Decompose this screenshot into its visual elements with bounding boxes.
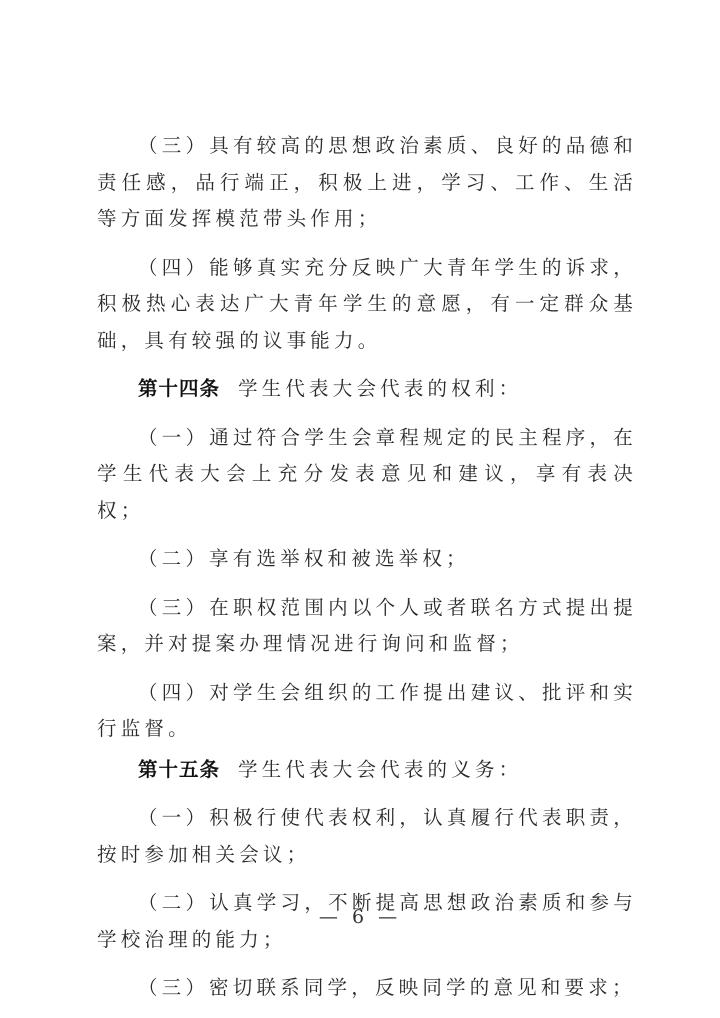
article-title: 学生代表大会代表的义务： bbox=[238, 758, 522, 781]
article-title: 学生代表大会代表的权利： bbox=[238, 377, 522, 400]
article-number: 第十五条 bbox=[138, 758, 220, 781]
article-number: 第十四条 bbox=[138, 377, 220, 400]
article-14-heading: 第十四条学生代表大会代表的权利： bbox=[97, 371, 637, 408]
article-15-item-3: （三）密切联系同学，反映同学的意见和要求； bbox=[97, 970, 637, 1007]
page-number: — 6 — bbox=[0, 906, 720, 928]
article-14-item-3: （三）在职权范围内以个人或者联名方式提出提案，并对提案办理情况进行询问和监督； bbox=[97, 590, 637, 663]
clause-3-qualification: （三）具有较高的思想政治素质、良好的品德和责任感，品行端正，积极上进，学习、工作… bbox=[97, 128, 637, 238]
clause-4-qualification: （四）能够真实充分反映广大青年学生的诉求，积极热心表达广大青年学生的意愿，有一定… bbox=[97, 250, 637, 360]
article-15-item-1: （一）积极行使代表权利，认真履行代表职责，按时参加相关会议； bbox=[97, 800, 637, 873]
article-14-item-2: （二）享有选举权和被选举权； bbox=[97, 541, 637, 578]
article-14-item-1: （一）通过符合学生会章程规定的民主程序，在学生代表大会上充分发表意见和建议，享有… bbox=[97, 420, 637, 530]
article-15-heading: 第十五条学生代表大会代表的义务： bbox=[97, 752, 637, 789]
article-14-item-4: （四）对学生会组织的工作提出建议、批评和实行监督。 bbox=[97, 675, 637, 748]
document-page: （三）具有较高的思想政治素质、良好的品德和责任感，品行端正，积极上进，学习、工作… bbox=[97, 128, 637, 1007]
